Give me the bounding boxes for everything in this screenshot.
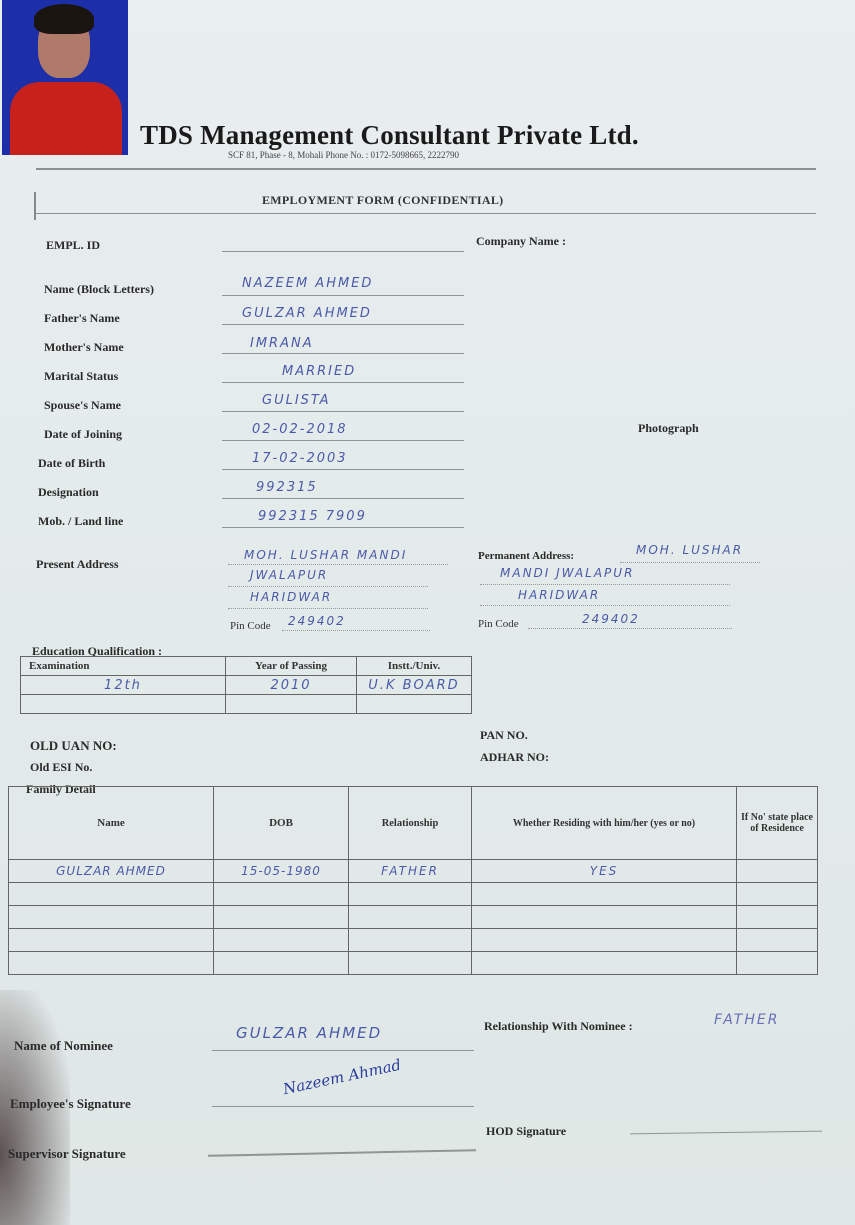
education-header-institute: Instt./Univ. (357, 657, 472, 676)
permanent-pin-dots (528, 628, 732, 629)
company-address: SCF 81, Phase - 8, Mohali Phone No. : 01… (228, 150, 459, 160)
spouse-name-value[interactable]: GULISTA (262, 393, 331, 408)
title-divider (36, 213, 816, 214)
family-cell[interactable] (472, 929, 737, 952)
date-of-joining-value[interactable]: 02-02-2018 (252, 422, 348, 437)
hod-signature-field[interactable] (630, 1131, 822, 1135)
family-row (9, 883, 818, 906)
present-pin-label: Pin Code (230, 620, 271, 632)
education-cell[interactable] (357, 695, 472, 714)
family-cell[interactable]: GULZAR AHMED (9, 860, 214, 883)
father-name-underline (222, 324, 464, 325)
employee-signature-underline (212, 1106, 474, 1107)
date-of-birth-underline (222, 469, 464, 470)
marital-status-underline (222, 382, 464, 383)
nominee-name-value[interactable]: GULZAR AHMED (236, 1024, 382, 1042)
designation-label: Designation (38, 485, 99, 500)
family-cell[interactable]: 15-05-1980 (214, 860, 349, 883)
education-cell[interactable] (226, 695, 357, 714)
education-cell[interactable]: U.K BOARD (357, 676, 472, 695)
employee-signature-label: Employee's Signature (10, 1096, 131, 1112)
education-row: 12th 2010 U.K BOARD (21, 676, 472, 695)
family-cell[interactable] (349, 906, 472, 929)
permanent-address-line-3-dots (480, 605, 730, 606)
family-row (9, 952, 818, 975)
family-cell[interactable] (349, 952, 472, 975)
company-name: TDS Management Consultant Private Ltd. (140, 120, 639, 151)
family-cell[interactable] (349, 929, 472, 952)
present-address-line-2-dots (228, 586, 428, 587)
family-cell[interactable] (9, 929, 214, 952)
family-cell[interactable] (214, 929, 349, 952)
hod-signature-label: HOD Signature (486, 1124, 566, 1139)
name-label: Name (Block Letters) (44, 282, 154, 297)
old-esi-label: Old ESI No. (30, 760, 92, 775)
family-cell[interactable] (214, 952, 349, 975)
name-value[interactable]: NAZEEM AHMED (242, 276, 373, 291)
mobile-underline (222, 527, 464, 528)
permanent-pin-value[interactable]: 249402 (582, 612, 640, 626)
family-cell[interactable]: FATHER (349, 860, 472, 883)
present-address-line-3-dots (228, 608, 428, 609)
nominee-name-label: Name of Nominee (14, 1038, 113, 1054)
supervisor-signature-label: Supervisor Signature (8, 1146, 126, 1162)
empl-id-field[interactable] (222, 251, 464, 252)
education-header-year: Year of Passing (226, 657, 357, 676)
present-address-line-1-dots (228, 564, 448, 565)
present-address-line-2[interactable]: JWALAPUR (250, 568, 328, 582)
family-header-name: Name (9, 787, 214, 860)
date-of-joining-underline (222, 440, 464, 441)
mother-name-underline (222, 353, 464, 354)
date-of-joining-label: Date of Joining (44, 427, 122, 442)
family-cell[interactable] (472, 883, 737, 906)
mother-name-value[interactable]: IMRANA (250, 336, 314, 351)
mother-name-label: Mother's Name (44, 340, 124, 355)
photograph-label: Photograph (638, 421, 699, 436)
employee-signature-value[interactable]: Nazeem Ahmad (281, 1056, 402, 1099)
family-header-dob: DOB (214, 787, 349, 860)
spouse-name-label: Spouse's Name (44, 398, 121, 413)
form-title: EMPLOYMENT FORM (CONFIDENTIAL) (262, 193, 503, 208)
permanent-pin-label: Pin Code (478, 618, 519, 630)
permanent-address-line-1-dots (620, 562, 760, 563)
family-cell[interactable] (737, 906, 818, 929)
designation-underline (222, 498, 464, 499)
old-uan-label: OLD UAN NO: (30, 738, 117, 754)
education-header-examination: Examination (21, 657, 226, 676)
father-name-value[interactable]: GULZAR AHMED (242, 306, 372, 321)
supervisor-signature-field[interactable] (208, 1149, 476, 1157)
family-header-relationship: Relationship (349, 787, 472, 860)
marital-status-value[interactable]: MARRIED (282, 364, 356, 379)
family-cell[interactable] (737, 952, 818, 975)
family-header-residence: If No' state place of Residence (737, 787, 818, 860)
present-address-line-1[interactable]: MOH. LUSHAR MANDI (244, 548, 407, 562)
nominee-name-underline (212, 1050, 474, 1051)
family-row (9, 929, 818, 952)
present-address-label: Present Address (36, 557, 119, 572)
date-of-birth-value[interactable]: 17-02-2003 (252, 451, 348, 466)
family-cell[interactable] (9, 906, 214, 929)
marital-status-label: Marital Status (44, 369, 118, 384)
company-name-label: Company Name : (476, 234, 566, 249)
education-cell[interactable] (21, 695, 226, 714)
family-header-residing: Whether Residing with him/her (yes or no… (472, 787, 737, 860)
family-cell[interactable] (214, 883, 349, 906)
permanent-address-line-1[interactable]: MOH. LUSHAR (636, 543, 743, 557)
mobile-value[interactable]: 992315 7909 (258, 509, 367, 524)
family-cell[interactable] (472, 906, 737, 929)
spouse-name-underline (222, 411, 464, 412)
family-cell[interactable] (737, 860, 818, 883)
name-underline (222, 295, 464, 296)
education-cell[interactable]: 12th (21, 676, 226, 695)
education-row (21, 695, 472, 714)
family-cell[interactable] (472, 952, 737, 975)
date-of-birth-label: Date of Birth (38, 456, 105, 471)
nominee-relationship-label: Relationship With Nominee : (484, 1019, 633, 1034)
present-pin-value[interactable]: 249402 (288, 614, 346, 628)
father-name-label: Father's Name (44, 311, 120, 326)
family-cell[interactable] (737, 929, 818, 952)
education-cell[interactable]: 2010 (226, 676, 357, 695)
present-pin-dots (282, 630, 430, 631)
left-margin-mark (34, 192, 36, 220)
family-cell[interactable] (737, 883, 818, 906)
adhar-label: ADHAR NO: (480, 750, 549, 765)
permanent-address-line-3[interactable]: HARIDWAR (518, 588, 600, 602)
family-cell[interactable] (214, 906, 349, 929)
designation-value[interactable]: 992315 (256, 480, 318, 495)
education-table: Examination Year of Passing Instt./Univ.… (20, 656, 472, 714)
family-row: GULZAR AHMED 15-05-1980 FATHER YES (9, 860, 818, 883)
nominee-relationship-value[interactable]: FATHER (714, 1012, 779, 1028)
permanent-address-line-2[interactable]: MANDI JWALAPUR (500, 566, 634, 580)
permanent-address-line-2-dots (480, 584, 730, 585)
permanent-address-label: Permanent Address: (478, 550, 574, 562)
header-divider (36, 168, 816, 170)
family-cell[interactable] (349, 883, 472, 906)
family-cell[interactable] (9, 952, 214, 975)
pan-label: PAN NO. (480, 728, 528, 743)
photo-hair (34, 4, 94, 34)
family-row (9, 906, 818, 929)
empl-id-label: EMPL. ID (46, 238, 100, 253)
family-cell[interactable]: YES (472, 860, 737, 883)
present-address-line-3[interactable]: HARIDWAR (250, 590, 332, 604)
family-table: Name DOB Relationship Whether Residing w… (8, 786, 818, 975)
photo-shirt (10, 82, 122, 155)
mobile-label: Mob. / Land line (38, 514, 123, 529)
applicant-photo (2, 0, 128, 155)
family-cell[interactable] (9, 883, 214, 906)
